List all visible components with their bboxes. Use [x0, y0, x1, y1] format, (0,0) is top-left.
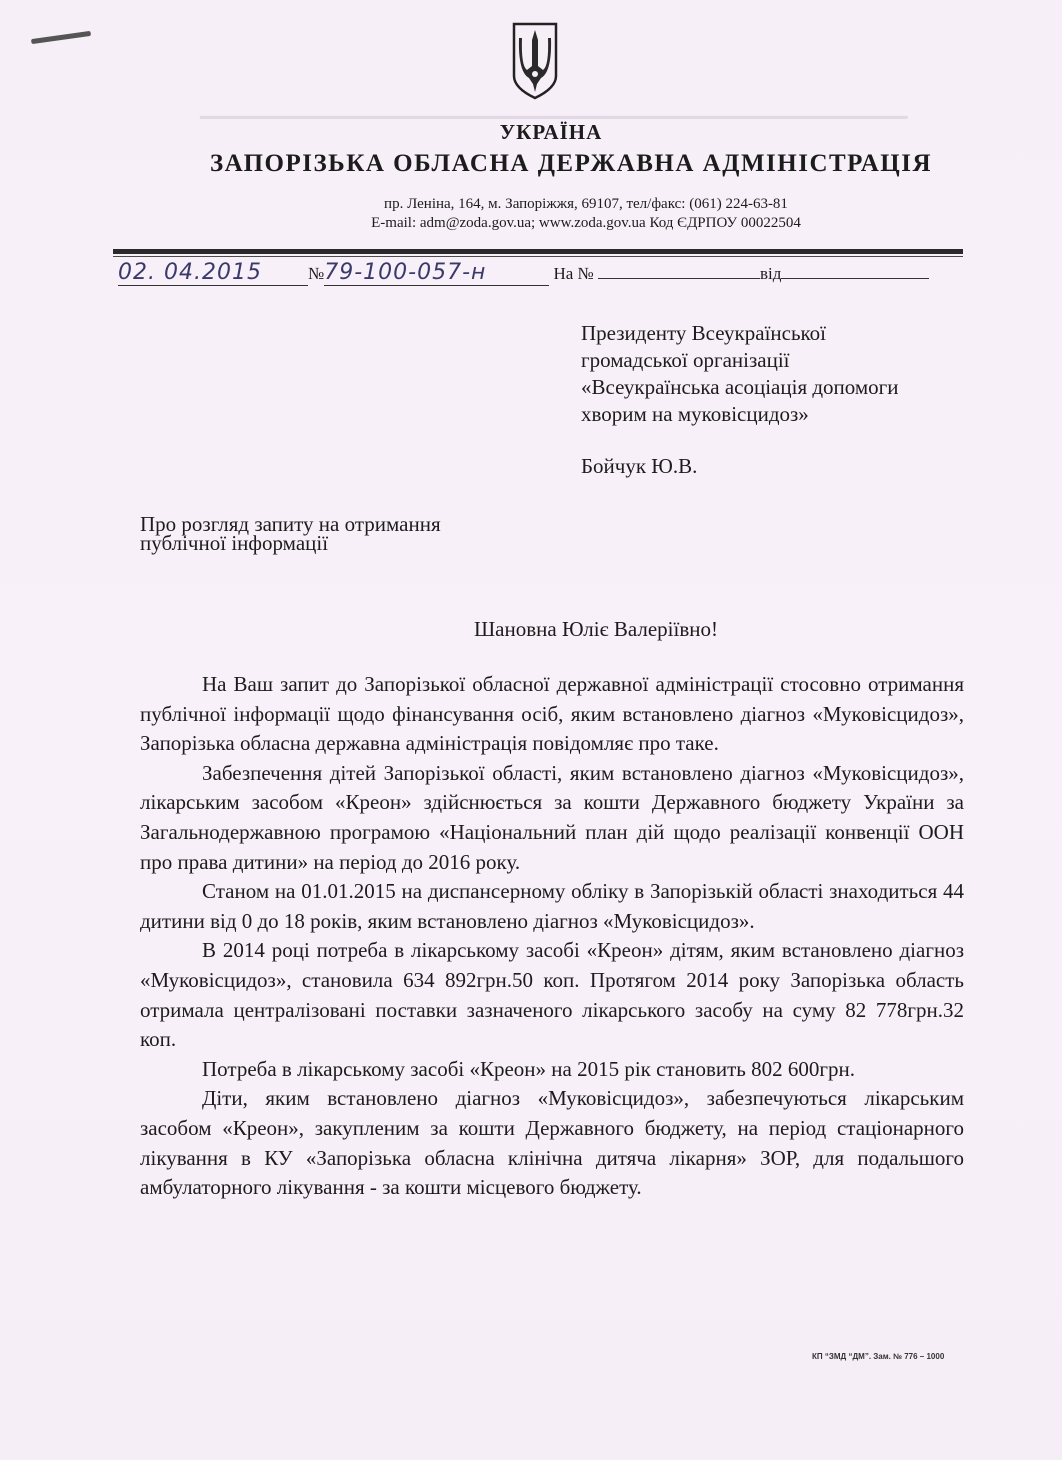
body-paragraph: На Ваш запит до Запорізької обласної дер… — [140, 670, 964, 759]
reply-label: На № — [553, 264, 593, 283]
body-paragraph: Забезпечення дітей Запорізької області, … — [140, 759, 964, 877]
trident-coat-of-arms-icon — [512, 22, 558, 100]
addressee-block: Президенту Всеукраїнської громадської ор… — [581, 320, 899, 480]
registration-line: 02. 04.2015№79-100-057-н На № від — [118, 260, 929, 286]
letterhead-divider-thin — [113, 256, 963, 257]
salutation: Шановна Юліє Валеріївно! — [0, 617, 1062, 642]
letterhead-divider-thick — [113, 249, 963, 254]
organization-name: ЗАПОРІЗЬКА ОБЛАСНА ДЕРЖАВНА АДМІНІСТРАЦІ… — [0, 150, 1062, 178]
body-paragraph: Станом на 01.01.2015 на диспансерному об… — [140, 877, 964, 936]
addressee-line: Президенту Всеукраїнської — [581, 320, 899, 347]
scan-edge — [0, 1460, 1062, 1473]
subject-line: публічної інформації — [140, 534, 441, 553]
letterhead-contacts: пр. Леніна, 164, м. Запоріжжя, 69107, те… — [0, 195, 1062, 233]
contact-line: E-mail: adm@zoda.gov.ua; www.zoda.gov.ua… — [110, 214, 1062, 233]
country-name: УКРАЇНА — [0, 120, 1062, 145]
outgoing-number-field: 79-100-057-н — [324, 260, 549, 286]
addressee-line: «Всеукраїнська асоціація допомоги — [581, 374, 899, 401]
date-field: 02. 04.2015 — [118, 260, 308, 286]
address-line: пр. Леніна, 164, м. Запоріжжя, 69107, те… — [110, 195, 1062, 214]
body-paragraph: Діти, яким встановлено діагноз «Муковісц… — [140, 1084, 964, 1202]
letter-body: На Ваш запит до Запорізької обласної дер… — [140, 670, 964, 1203]
print-order-mark: КП “ЗМД “ДМ”. Зам. № 776 – 1000 — [812, 1352, 944, 1361]
number-sign: № — [308, 264, 324, 283]
body-paragraph: В 2014 році потреба в лікарському засобі… — [140, 936, 964, 1054]
from-date-field — [781, 278, 929, 279]
reply-number-field — [598, 278, 760, 279]
subject-block: Про розгляд запиту на отримання публічно… — [140, 515, 441, 553]
addressee-line: хворим на муковісцидоз» — [581, 401, 899, 428]
handwritten-number: 79-100-057-н — [324, 260, 486, 285]
body-paragraph: Потреба в лікарському засобі «Креон» на … — [140, 1055, 964, 1085]
addressee-name: Бойчук Ю.В. — [581, 453, 899, 480]
addressee-line: громадської організації — [581, 347, 899, 374]
from-label: від — [760, 264, 781, 283]
handwritten-date: 02. 04.2015 — [118, 260, 262, 285]
